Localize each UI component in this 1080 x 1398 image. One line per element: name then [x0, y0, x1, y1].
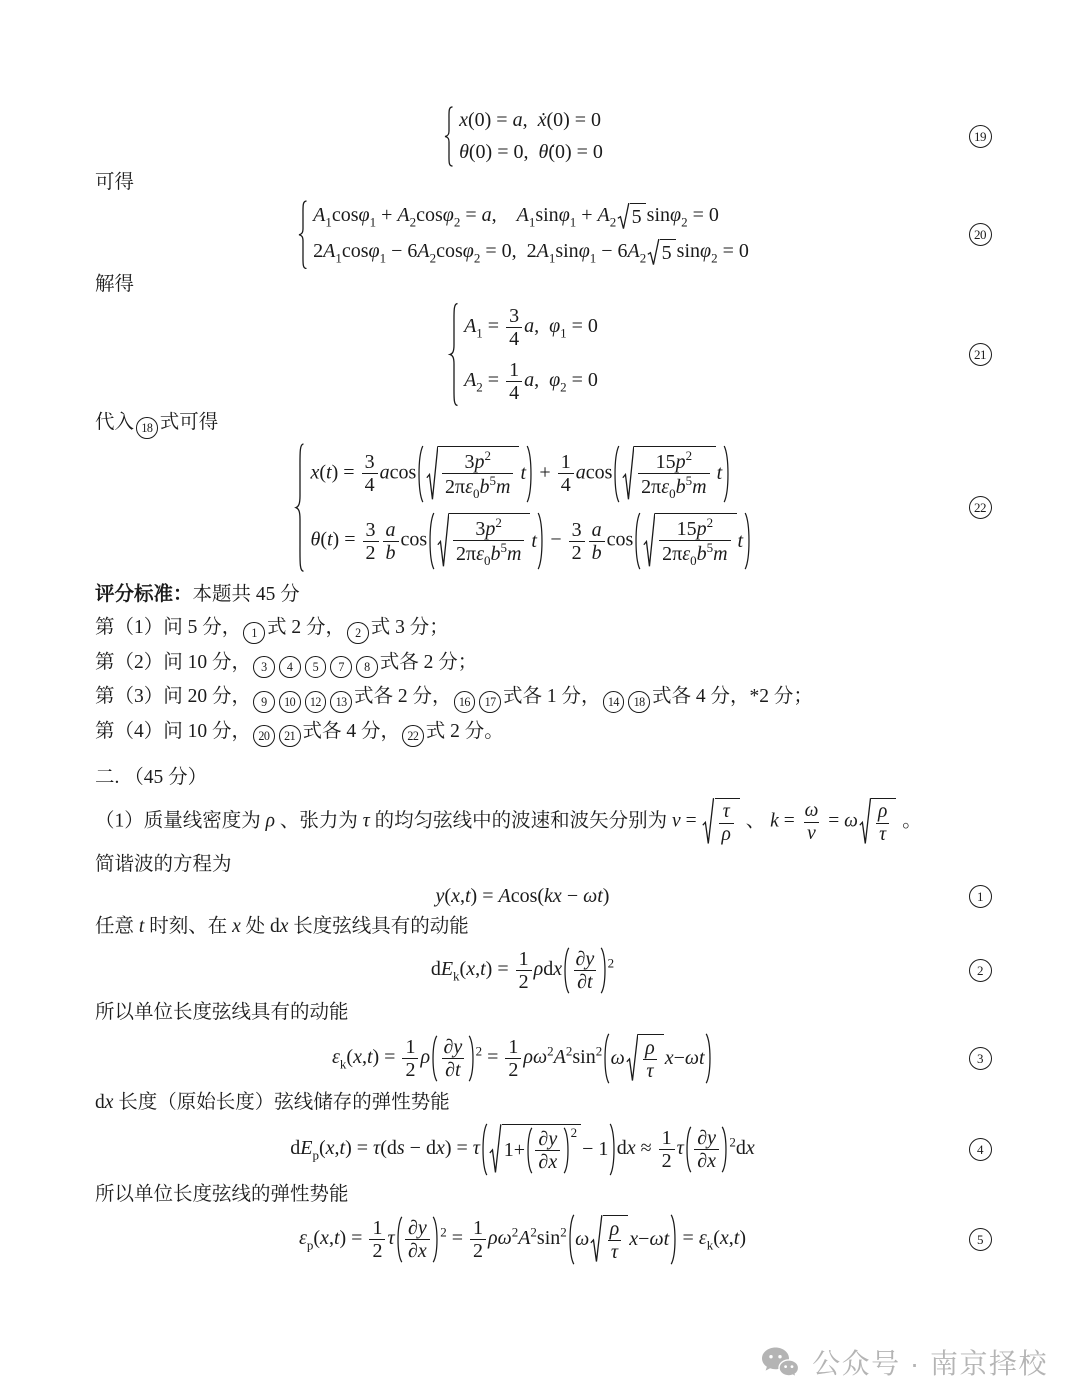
equation-number-3: 3 — [969, 1047, 992, 1070]
equation-row-4: dEp(x,t) = τ(ds − dx) = τ1+∂y∂x2 − 1dx ≈… — [95, 1123, 1010, 1176]
equation-19: x(0) = a, ẋ(0) = 0 θ(0) = 0, θ̇(0) = 0 — [95, 109, 950, 164]
scoring-line-3: 第（3）问 20 分，9101213式各 2 分，1617式各 1 分，1418… — [95, 684, 1010, 713]
scoring-header: 评分标准：本题共 45 分 — [95, 582, 1010, 609]
equation-row-1: y(x,t) = Acos(kx − ωt) 1 — [95, 885, 1010, 908]
label-kinetic-unit: 所以单位长度弦线具有的动能 — [95, 1000, 1010, 1027]
watermark: 公众号 · 南京择校 — [761, 1342, 1048, 1382]
solution-page: x(0) = a, ẋ(0) = 0 θ(0) = 0, θ̇(0) = 0 … — [0, 0, 1080, 1398]
equation-number-21: 21 — [969, 343, 992, 366]
scoring-line-1: 第（1）问 5 分，1式 2 分，2式 3 分； — [95, 615, 1010, 644]
section-2-paragraph-1: （1）质量线密度为 ρ 、张力为 τ 的均匀弦线中的波速和波矢分别为 v = τ… — [95, 798, 1010, 846]
equation-number-19: 19 — [969, 125, 992, 148]
label-wave-equation-intro: 简谐波的方程为 — [95, 852, 1010, 879]
equation-number-20: 20 — [969, 223, 992, 246]
scoring-title: 评分标准： — [95, 584, 193, 605]
equation-number-4: 4 — [969, 1138, 992, 1161]
equation-number-5: 5 — [969, 1228, 992, 1251]
equation-21: A1 = 34a, φ1 = 0 A2 = 14a, φ2 = 0 — [95, 305, 950, 404]
equation-3: εk(x,t) = 12ρ∂y∂t2 = 12ρω2A2sin2ωρτx − ω… — [332, 1033, 713, 1084]
equation-20-line-2: 2A1cosφ1 − 6A2cosφ2 = 0, 2A1sinφ1 − 6A25… — [313, 239, 749, 266]
equation-5: εp(x,t) = 12τ∂y∂x2 = 12ρω2A2sin2ωρτx − ω… — [299, 1214, 746, 1265]
equation-19-line-1: x(0) = a, ẋ(0) = 0 — [459, 109, 601, 132]
equation-1: y(x,t) = Acos(kx − ωt) — [436, 885, 610, 908]
scoring-line-4: 第（4）问 10 分，2021式各 4 分，22式 2 分。 — [95, 719, 1010, 748]
equation-row-2: dEk(x,t) = 12ρdx∂y∂t2 2 — [95, 947, 1010, 994]
equation-number-1: 1 — [969, 885, 992, 908]
equation-21-line-2: A2 = 14a, φ2 = 0 — [464, 359, 598, 404]
system-brace-icon — [293, 442, 305, 573]
equation-row-22: x(t) = 34acos3p22πε0b5mt + 14acos15p22πε… — [95, 445, 1010, 570]
scoring-line-2: 第（2）问 10 分，34578式各 2 分； — [95, 650, 1010, 679]
scoring-total: 本题共 45 分 — [193, 584, 300, 605]
system-brace-icon — [296, 200, 308, 270]
equation-21-line-1: A1 = 34a, φ1 = 0 — [464, 305, 598, 350]
label-substitute: 代入18式可得 — [95, 410, 1010, 439]
label-elastic-unit: 所以单位长度弦线的弹性势能 — [95, 1182, 1010, 1209]
equation-row-20: A1cosφ1 + A2cosφ2 = a, A1sinφ1 + A25sinφ… — [95, 203, 1010, 267]
equation-2: dEk(x,t) = 12ρdx∂y∂t2 — [431, 947, 614, 994]
equation-number-22: 22 — [969, 496, 992, 519]
wechat-icon — [761, 1346, 799, 1379]
equation-22-line-2: θ(t) = 32abcos3p22πε0b5mt − 32abcos15p22… — [310, 512, 751, 570]
equation-row-5: εp(x,t) = 12τ∂y∂x2 = 12ρω2A2sin2ωρτx − ω… — [95, 1214, 1010, 1265]
equation-22-line-1: x(t) = 34acos3p22πε0b5mt + 14acos15p22πε… — [310, 445, 730, 503]
watermark-text: 公众号 · 南京择校 — [812, 1342, 1048, 1382]
equation-19-line-2: θ(0) = 0, θ̇(0) = 0 — [459, 141, 603, 164]
section-2-heading: 二. （45 分） — [95, 765, 1010, 792]
equation-22: x(t) = 34acos3p22πε0b5mt + 14acos15p22πε… — [95, 445, 950, 570]
label-kinetic-any: 任意 t 时刻、在 x 处 dx 长度弦线具有的动能 — [95, 914, 1010, 941]
label-kede: 可得 — [95, 170, 1010, 197]
label-dx-elastic: dx 长度（原始长度）弦线储存的弹性势能 — [95, 1090, 1010, 1117]
system-brace-icon — [447, 302, 459, 407]
equation-number-2: 2 — [969, 959, 992, 982]
system-brace-icon — [442, 106, 454, 167]
equation-row-19: x(0) = a, ẋ(0) = 0 θ(0) = 0, θ̇(0) = 0 … — [95, 109, 1010, 164]
equation-20: A1cosφ1 + A2cosφ2 = a, A1sinφ1 + A25sinφ… — [95, 203, 950, 267]
equation-row-21: A1 = 34a, φ1 = 0 A2 = 14a, φ2 = 0 21 — [95, 305, 1010, 404]
equation-row-3: εk(x,t) = 12ρ∂y∂t2 = 12ρω2A2sin2ωρτx − ω… — [95, 1033, 1010, 1084]
label-jiede: 解得 — [95, 272, 1010, 299]
equation-4: dEp(x,t) = τ(ds − dx) = τ1+∂y∂x2 − 1dx ≈… — [290, 1123, 755, 1176]
equation-20-line-1: A1cosφ1 + A2cosφ2 = a, A1sinφ1 + A25sinφ… — [313, 203, 719, 230]
